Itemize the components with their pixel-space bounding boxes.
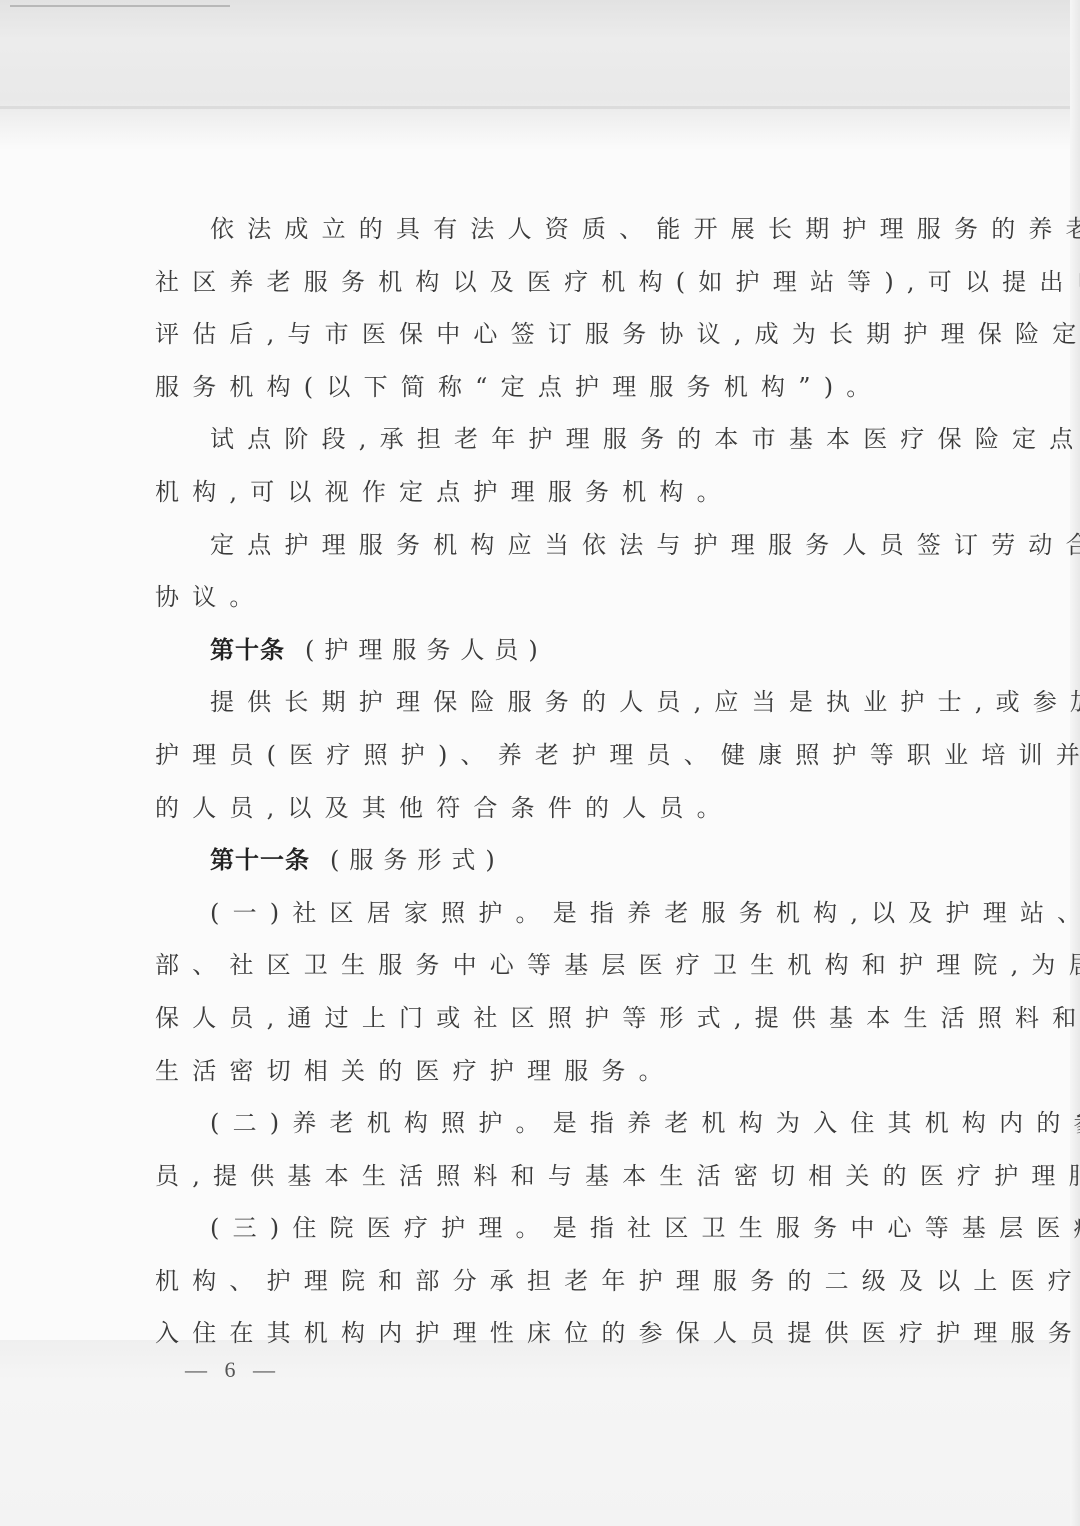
text-line: 定点护理服务机构应当依法与护理服务人员签订劳动合同或 xyxy=(155,522,915,575)
paragraph: 依法成立的具有法人资质、能开展长期护理服务的养老机构、 社区养老服务机构以及医疗… xyxy=(155,206,915,416)
page-number: — 6 — xyxy=(185,1357,281,1383)
article-heading-10: 第十条(护理服务人员) xyxy=(155,627,915,680)
text-line: (三)住院医疗护理。是指社区卫生服务中心等基层医疗卫生 xyxy=(155,1205,915,1258)
text-line: 护理员(医疗照护)、养老护理员、健康照护等职业培训并考核合格 xyxy=(155,732,915,785)
text-line: 协议。 xyxy=(155,574,915,627)
paragraph: (一)社区居家照护。是指养老服务机构,以及护理站、门诊 部、社区卫生服务中心等基… xyxy=(155,890,915,1100)
article-title: (服务形式) xyxy=(330,846,505,874)
article-number: 第十条 xyxy=(210,636,285,664)
text-line: 机构,可以视作定点护理服务机构。 xyxy=(155,469,915,522)
text-line: 生活密切相关的医疗护理服务。 xyxy=(155,1048,915,1101)
text-line: 机构、护理院和部分承担老年护理服务的二级及以上医疗机构,为 xyxy=(155,1258,915,1311)
text-line: 服务机构(以下简称“定点护理服务机构”)。 xyxy=(155,364,915,417)
paragraph: 定点护理服务机构应当依法与护理服务人员签订劳动合同或 协议。 xyxy=(155,522,915,627)
text-line: 提供长期护理保险服务的人员,应当是执业护士,或参加养老 xyxy=(155,679,915,732)
text-line: (二)养老机构照护。是指养老机构为入住其机构内的参保人 xyxy=(155,1100,915,1153)
text-line: 部、社区卫生服务中心等基层医疗卫生机构和护理院,为居家的参 xyxy=(155,942,915,995)
paragraph: 试点阶段,承担老年护理服务的本市基本医疗保险定点医疗 机构,可以视作定点护理服务… xyxy=(155,416,915,521)
article-heading-11: 第十一条(服务形式) xyxy=(155,837,915,890)
scan-artifact-line xyxy=(10,5,230,7)
scan-bottom-shadow xyxy=(0,1340,1080,1526)
text-line: 的人员,以及其他符合条件的人员。 xyxy=(155,785,915,838)
text-line: 评估后,与市医保中心签订服务协议,成为长期护理保险定点护理 xyxy=(155,311,915,364)
text-line: 社区养老服务机构以及医疗机构(如护理站等),可以提出申请,经 xyxy=(155,259,915,312)
paragraph: (二)养老机构照护。是指养老机构为入住其机构内的参保人 员,提供基本生活照料和与… xyxy=(155,1100,915,1205)
text-line: 保人员,通过上门或社区照护等形式,提供基本生活照料和与基本 xyxy=(155,995,915,1048)
text-line: 入住在其机构内护理性床位的参保人员提供医疗护理服务。 xyxy=(155,1310,915,1363)
article-title: (护理服务人员) xyxy=(305,636,548,664)
text-line: 员,提供基本生活照料和与基本生活密切相关的医疗护理服务。 xyxy=(155,1153,915,1206)
document-page: 依法成立的具有法人资质、能开展长期护理服务的养老机构、 社区养老服务机构以及医疗… xyxy=(155,206,915,1363)
text-line: (一)社区居家照护。是指养老服务机构,以及护理站、门诊 xyxy=(155,890,915,943)
text-line: 依法成立的具有法人资质、能开展长期护理服务的养老机构、 xyxy=(155,206,915,259)
paragraph: (三)住院医疗护理。是指社区卫生服务中心等基层医疗卫生 机构、护理院和部分承担老… xyxy=(155,1205,915,1363)
article-number: 第十一条 xyxy=(210,846,310,874)
scan-top-shadow xyxy=(0,0,1080,150)
paragraph: 提供长期护理保险服务的人员,应当是执业护士,或参加养老 护理员(医疗照护)、养老… xyxy=(155,679,915,837)
scan-fold-line xyxy=(0,106,1080,109)
text-line: 试点阶段,承担老年护理服务的本市基本医疗保险定点医疗 xyxy=(155,416,915,469)
